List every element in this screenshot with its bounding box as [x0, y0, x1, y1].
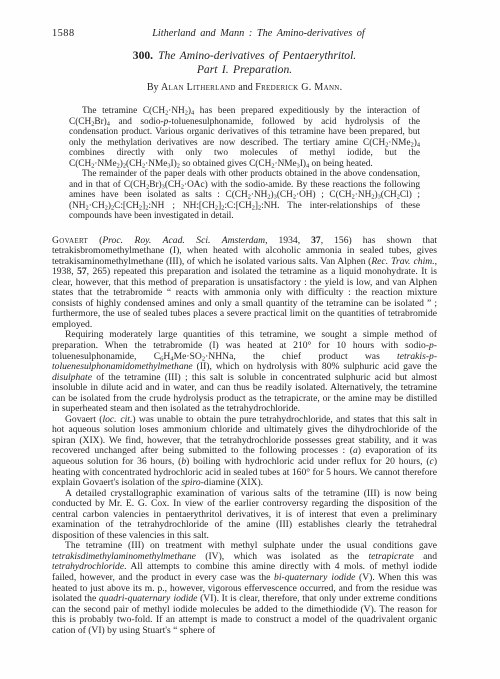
abstract-paragraph: The remainder of the paper deals with ot…: [69, 169, 420, 222]
body-paragraph: Requiring moderately large quantities of…: [52, 330, 437, 414]
article-title-line1: 300.The Amino-derivatives of Pentaerythr…: [52, 49, 437, 63]
page-content: 1588 Litherland and Mann : The Amino-der…: [52, 27, 437, 636]
abstract: The tetramine C(CH2·NH2)4 has been prepa…: [69, 106, 420, 222]
article-title: 300.The Amino-derivatives of Pentaerythr…: [52, 49, 437, 76]
byline: By Alan Litherland and Frederick G. Mann…: [52, 82, 437, 94]
body-paragraph: Govaert (loc. cit.) was unable to obtain…: [52, 415, 437, 489]
author-name: Frederick G. Mann: [255, 82, 339, 93]
running-head: 1588 Litherland and Mann : The Amino-der…: [52, 27, 437, 40]
article-title-line2: Part I. Preparation.: [52, 63, 437, 77]
journal-page: 1588 Litherland and Mann : The Amino-der…: [0, 0, 500, 679]
body-paragraph: A detailed crystallographic examination …: [52, 489, 437, 542]
author-name: Alan Litherland: [161, 82, 236, 93]
byline-prefix: By: [147, 82, 161, 93]
body-paragraph: Govaert (Proc. Roy. Acad. Sci. Amsterdam…: [52, 236, 437, 331]
body-paragraph: The tetramine (III) on treatment with me…: [52, 541, 437, 636]
byline-connector: and: [236, 82, 255, 93]
running-title: Litherland and Mann : The Amino-derivati…: [66, 27, 451, 40]
abstract-paragraph: The tetramine C(CH2·NH2)4 has been prepa…: [69, 106, 420, 169]
article-title-text: The Amino-derivatives of Pentaerythritol…: [158, 49, 356, 62]
article-body: Govaert (Proc. Roy. Acad. Sci. Amsterdam…: [52, 236, 437, 637]
article-number: 300.: [133, 49, 153, 62]
byline-suffix: .: [340, 82, 343, 93]
